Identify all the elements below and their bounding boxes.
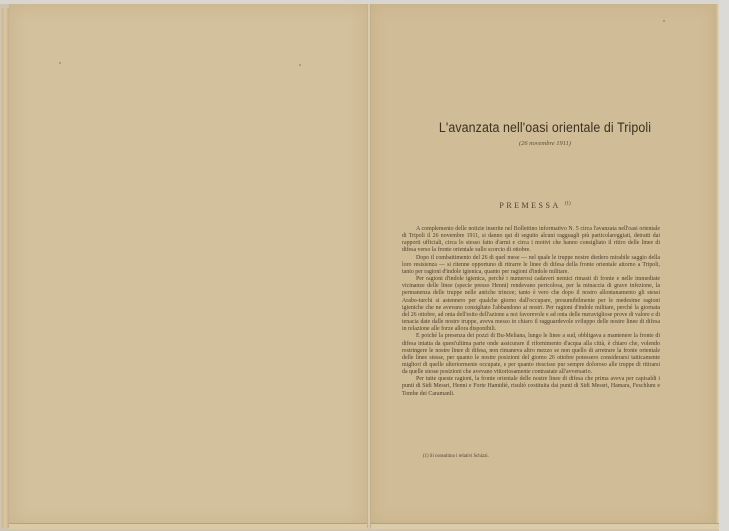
- book-spread: L'avanzata nell'oasi orientale di Tripol…: [0, 0, 729, 531]
- scan-border-right: [719, 0, 729, 531]
- right-page-bottom-edge: [371, 523, 719, 529]
- body-text: A complemento delle notizie inserite nel…: [402, 226, 660, 398]
- footnote: (1) Si consultino i relativi Schizzi.: [423, 454, 623, 459]
- left-page-blank: [9, 4, 367, 526]
- paragraph: Per tutte queste ragioni, la fronte orie…: [402, 376, 660, 397]
- paragraph: Dopo il combattimento del 26 di quel mes…: [402, 255, 660, 276]
- paragraph: E poiché la presenza dei pozzi di Bu-Mel…: [402, 333, 660, 376]
- document-title: L'avanzata nell'oasi orientale di Tripol…: [430, 120, 660, 135]
- paper-spot: [59, 62, 61, 64]
- left-page-bottom-edge: [9, 523, 369, 529]
- section-heading: PREMESSA (1): [460, 201, 610, 210]
- paragraph: Per ragioni d'indole igienica, perché i …: [402, 276, 660, 333]
- footnote-marker: (1): [565, 201, 571, 206]
- paper-spot: [299, 64, 301, 66]
- document-date: (26 novembre 1911): [420, 140, 670, 147]
- paragraph: A complemento delle notizie inserite nel…: [402, 226, 660, 255]
- paper-spot: [663, 20, 665, 22]
- section-heading-text: PREMESSA: [499, 201, 560, 210]
